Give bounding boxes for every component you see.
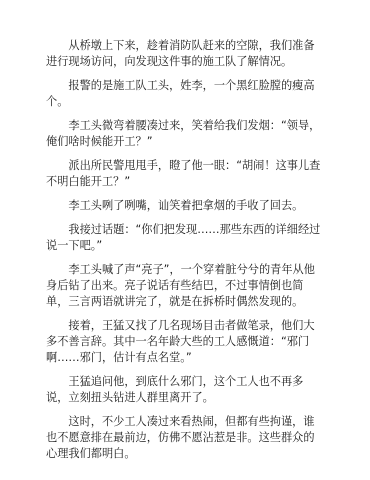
paragraph: 派出所民警甩甩手，瞪了他一眼：“胡闹！这事儿查不明白能开工？” (46, 158, 322, 190)
paragraph: 李工头咧了咧嘴，讪笑着把拿烟的手收了回去。 (46, 198, 322, 214)
paragraph: 接着，王猛又找了几名现场目击者做笔录，他们大多不善言辞。其中一名年龄大些的工人感… (46, 318, 322, 366)
paragraph: 我接过话题：“你们把发现……那些东西的详细经过说一下吧。” (46, 222, 322, 254)
paragraph: 报警的是施工队工头，姓李，一个黑红脸膛的瘦高个。 (46, 78, 322, 110)
paragraph: 李工头微弯着腰凑过来，笑着给我们发烟：“领导，俺们啥时候能开工？” (46, 118, 322, 150)
paragraph: 这时，不少工人凑过来看热闹，但都有些拘谨，谁也不愿意排在最前边，仿佛不愿沾惹是非… (46, 414, 322, 462)
document-page: 从桥墩上下来，趁着消防队赶来的空隙，我们准备进行现场访问，向发现这件事的施工队了… (46, 38, 322, 470)
paragraph: 李工头喊了声“亮子”，一个穿着脏兮兮的青年从他身后钻了出来。亮子说话有些结巴，不… (46, 262, 322, 310)
paragraph: 王猛追问他，到底什么邪门，这个工人也不再多说，立刻扭头钻进人群里离开了。 (46, 374, 322, 406)
paragraph: 从桥墩上下来，趁着消防队赶来的空隙，我们准备进行现场访问，向发现这件事的施工队了… (46, 38, 322, 70)
